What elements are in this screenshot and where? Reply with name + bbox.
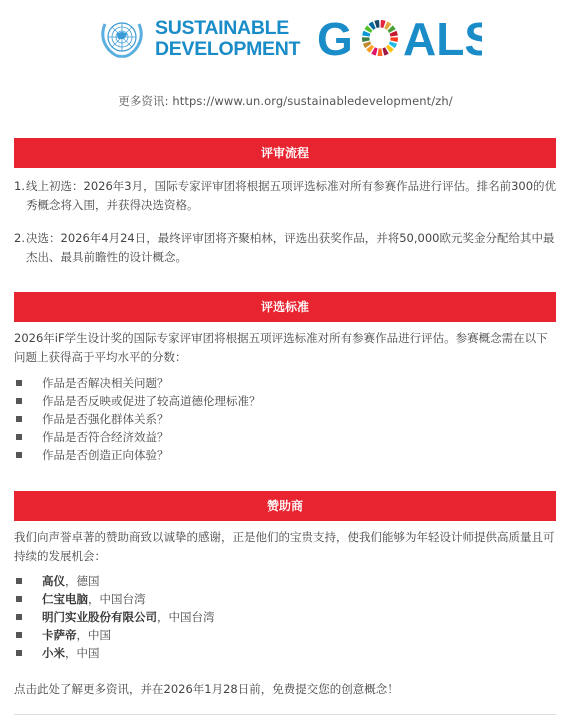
- sponsor-location: ，中国: [65, 646, 100, 660]
- sponsor-item: 卡萨帝，中国: [0, 626, 571, 644]
- more-info-line: 更多资讯: https://www.un.org/sustainabledeve…: [0, 93, 571, 109]
- list-item: 作品是否解决相关问题？: [0, 374, 571, 392]
- un-emblem-icon: [103, 23, 142, 56]
- square-bullet-icon: [16, 632, 22, 638]
- square-bullet-icon: [16, 416, 22, 422]
- list-number: 1.: [14, 177, 25, 196]
- criteria-intro: 2026年iF学生设计奖的国际专家评审团将根据五项评选标准对所有参赛作品进行评估…: [14, 329, 559, 367]
- square-bullet-icon: [16, 398, 22, 404]
- list-item: 1. 线上初选：2026年3月，国际专家评审团将根据五项评选标准对所有参赛作品进…: [14, 177, 559, 215]
- sponsor-location: ，中国台湾: [157, 610, 215, 624]
- sponsor-list: 高仪，德国 仁宝电脑，中国台湾 明门实业股份有限公司，中国台湾 卡萨帝，中国 小…: [0, 572, 571, 662]
- square-bullet-icon: [16, 650, 22, 656]
- criteria-text: 作品是否解决相关问题？: [42, 374, 169, 392]
- square-bullet-icon: [16, 614, 22, 620]
- sponsor-location: ，中国: [77, 628, 112, 642]
- square-bullet-icon: [16, 380, 22, 386]
- more-info-link[interactable]: https://www.un.org/sustainabledevelopmen…: [172, 94, 452, 108]
- sponsor-location: ，中国台湾: [88, 592, 146, 606]
- more-info-label: 更多资讯:: [118, 94, 172, 108]
- sdg-wheel-icon: [362, 20, 398, 56]
- list-item: 作品是否反映或促进了较高道德伦理标准？: [0, 392, 571, 410]
- sponsor-name: 小米: [42, 646, 65, 660]
- list-item: 作品是否符合经济效益？: [0, 428, 571, 446]
- sdg-logo: SUSTAINABLE DEVELOPMENT G ALS: [97, 10, 482, 65]
- sponsor-item: 高仪，德国: [0, 572, 571, 590]
- sponsor-location: ，德国: [65, 574, 100, 588]
- square-bullet-icon: [16, 596, 22, 602]
- criteria-text: 作品是否强化群体关系？: [42, 410, 169, 428]
- sponsor-name: 仁宝电脑: [42, 592, 88, 606]
- sponsors-intro: 我们向声誉卓著的赞助商致以诚挚的感谢，正是他们的宝贵支持，使我们能够为年轻设计师…: [14, 528, 559, 566]
- section-header-sponsors: 赞助商: [14, 491, 556, 521]
- svg-text:ALS: ALS: [403, 13, 482, 65]
- svg-text:DEVELOPMENT: DEVELOPMENT: [155, 38, 301, 60]
- list-text: 线上初选：2026年3月，国际专家评审团将根据五项评选标准对所有参赛作品进行评估…: [26, 179, 556, 212]
- list-item: 作品是否强化群体关系？: [0, 410, 571, 428]
- criteria-list: 作品是否解决相关问题？ 作品是否反映或促进了较高道德伦理标准？ 作品是否强化群体…: [0, 374, 571, 464]
- criteria-text: 作品是否创造正向体验？: [42, 446, 169, 464]
- divider: [14, 714, 556, 715]
- sponsor-name: 卡萨帝: [42, 628, 77, 642]
- list-item: 作品是否创造正向体验？: [0, 446, 571, 464]
- svg-text:SUSTAINABLE: SUSTAINABLE: [155, 17, 289, 39]
- list-number: 2.: [14, 229, 25, 248]
- sponsor-name: 明门实业股份有限公司: [42, 610, 157, 624]
- square-bullet-icon: [16, 452, 22, 458]
- cta-link[interactable]: 点击此处了解更多资讯，并在2026年1月28日前，免费提交您的创意概念！: [14, 680, 559, 699]
- section-header-review-process: 评审流程: [14, 138, 556, 168]
- svg-text:G: G: [317, 13, 353, 65]
- square-bullet-icon: [16, 578, 22, 584]
- sponsor-name: 高仪: [42, 574, 65, 588]
- sponsor-item: 仁宝电脑，中国台湾: [0, 590, 571, 608]
- sponsor-item: 明门实业股份有限公司，中国台湾: [0, 608, 571, 626]
- square-bullet-icon: [16, 434, 22, 440]
- criteria-text: 作品是否符合经济效益？: [42, 428, 169, 446]
- sponsor-item: 小米，中国: [0, 644, 571, 662]
- list-text: 决选：2026年4月24日，最终评审团将齐聚柏林，评选出获奖作品，并将50,00…: [26, 231, 554, 264]
- section-header-criteria: 评选标准: [14, 292, 556, 322]
- criteria-text: 作品是否反映或促进了较高道德伦理标准？: [42, 392, 261, 410]
- list-item: 2. 决选：2026年4月24日，最终评审团将齐聚柏林，评选出获奖作品，并将50…: [14, 229, 559, 267]
